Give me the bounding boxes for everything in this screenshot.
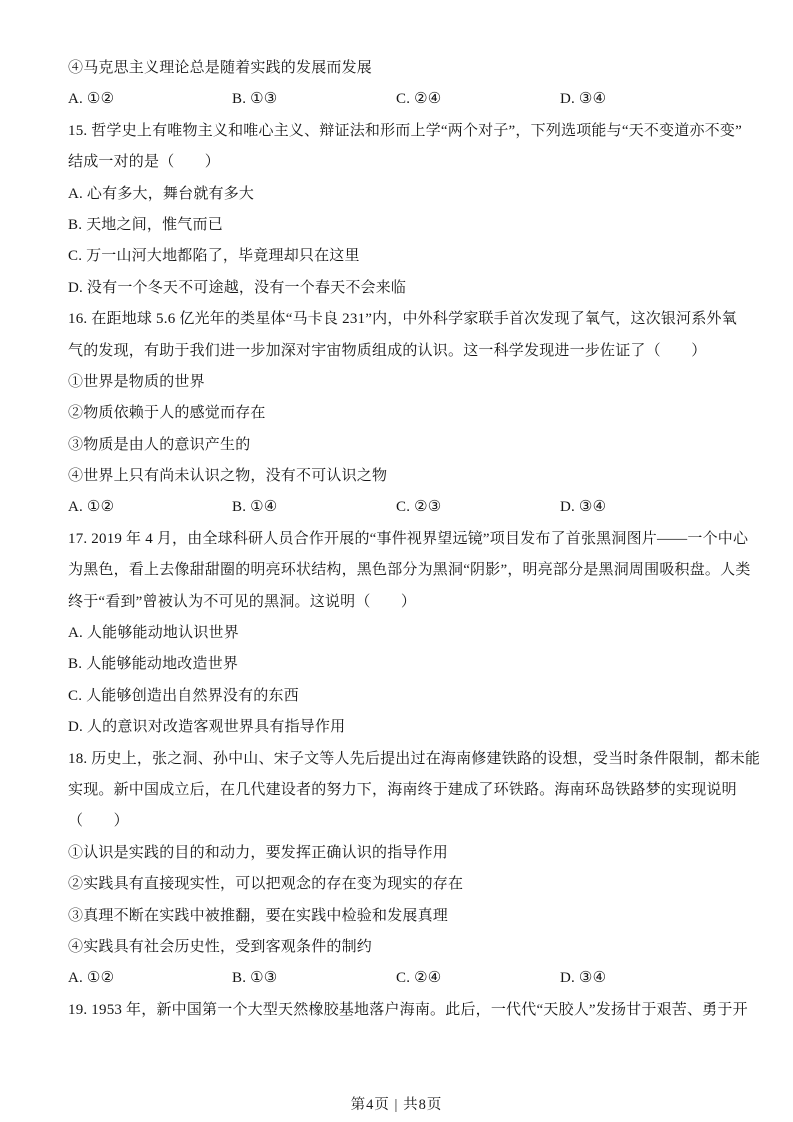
q14-choice-a: A. ①② bbox=[68, 84, 232, 115]
q18-stem-line-3: （ ） bbox=[68, 806, 733, 837]
page-footer: 第4页 | 共8页 bbox=[0, 1093, 793, 1114]
q17-stem-line-1: 17. 2019 年 4 月，由全球科研人员合作开展的“事件视界望远镜”项目发布… bbox=[68, 524, 733, 555]
q17-stem-line-3: 终于“看到”曾被认为不可见的黑洞。这说明（ ） bbox=[68, 587, 733, 618]
q18-choices-row: A. ①② B. ①③ C. ②④ D. ③④ bbox=[68, 963, 733, 994]
q16-item-3: ③物质是由人的意识产生的 bbox=[68, 430, 733, 461]
q16-choice-b: B. ①④ bbox=[232, 492, 396, 523]
q16-choices-row: A. ①② B. ①④ C. ②③ D. ③④ bbox=[68, 492, 733, 523]
q17-choice-d: D. 人的意识对改造客观世界具有指导作用 bbox=[68, 712, 733, 743]
q14-choice-c: C. ②④ bbox=[396, 84, 560, 115]
q17-stem-line-2: 为黑色，看上去像甜甜圈的明亮环状结构，黑色部分为黑洞“阴影”，明亮部分是黑洞周围… bbox=[68, 555, 733, 586]
q18-item-4: ④实践具有社会历史性，受到客观条件的制约 bbox=[68, 932, 733, 963]
q15-choice-c: C. 万一山河大地都陷了，毕竟理却只在这里 bbox=[68, 241, 733, 272]
q19-stem-line-1: 19. 1953 年，新中国第一个大型天然橡胶基地落户海南。此后，一代代“天胶人… bbox=[68, 995, 733, 1026]
q16-choice-a: A. ①② bbox=[68, 492, 232, 523]
q18-choice-d: D. ③④ bbox=[560, 963, 606, 994]
q16-item-1: ①世界是物质的世界 bbox=[68, 367, 733, 398]
q14-item-4: ④马克思主义理论总是随着实践的发展而发展 bbox=[68, 53, 733, 84]
q16-choice-d: D. ③④ bbox=[560, 492, 606, 523]
q15-choice-a: A. 心有多大，舞台就有多大 bbox=[68, 179, 733, 210]
q18-choice-c: C. ②④ bbox=[396, 963, 560, 994]
q15-choice-b: B. 天地之间，惟气而已 bbox=[68, 210, 733, 241]
q15-choice-d: D. 没有一个冬天不可途越，没有一个春天不会来临 bbox=[68, 273, 733, 304]
q17-choice-c: C. 人能够创造出自然界没有的东西 bbox=[68, 681, 733, 712]
q16-choice-c: C. ②③ bbox=[396, 492, 560, 523]
q14-choice-b: B. ①③ bbox=[232, 84, 396, 115]
q18-item-3: ③真理不断在实践中被推翻，要在实践中检验和发展真理 bbox=[68, 901, 733, 932]
q16-item-2: ②物质依赖于人的感觉而存在 bbox=[68, 398, 733, 429]
exam-page: ④马克思主义理论总是随着实践的发展而发展 A. ①② B. ①③ C. ②④ D… bbox=[0, 0, 793, 1122]
q18-stem-line-1: 18. 历史上，张之洞、孙中山、宋子文等人先后提出过在海南修建铁路的设想，受当时… bbox=[68, 744, 733, 775]
q18-item-2: ②实践具有直接现实性，可以把观念的存在变为现实的存在 bbox=[68, 869, 733, 900]
q15-stem-line-1: 15. 哲学史上有唯物主义和唯心主义、辩证法和形而上学“两个对子”，下列选项能与… bbox=[68, 116, 733, 147]
q16-stem-line-1: 16. 在距地球 5.6 亿光年的类星体“马卡良 231”内，中外科学家联手首次… bbox=[68, 304, 733, 335]
q18-stem-line-2: 实现。新中国成立后，在几代建设者的努力下，海南终于建成了环铁路。海南环岛铁路梦的… bbox=[68, 775, 733, 806]
q16-item-4: ④世界上只有尚未认识之物，没有不可认识之物 bbox=[68, 461, 733, 492]
q15-stem-line-2: 结成一对的是（ ） bbox=[68, 147, 733, 178]
q14-choice-d: D. ③④ bbox=[560, 84, 606, 115]
q17-choice-a: A. 人能够能动地认识世界 bbox=[68, 618, 733, 649]
q16-stem-line-2: 气的发现，有助于我们进一步加深对宇宙物质组成的认识。这一科学发现进一步佐证了（ … bbox=[68, 336, 733, 367]
q18-item-1: ①认识是实践的目的和动力，要发挥正确认识的指导作用 bbox=[68, 838, 733, 869]
q18-choice-b: B. ①③ bbox=[232, 963, 396, 994]
q17-choice-b: B. 人能够能动地改造世界 bbox=[68, 649, 733, 680]
q14-choices-row: A. ①② B. ①③ C. ②④ D. ③④ bbox=[68, 84, 733, 115]
q18-choice-a: A. ①② bbox=[68, 963, 232, 994]
